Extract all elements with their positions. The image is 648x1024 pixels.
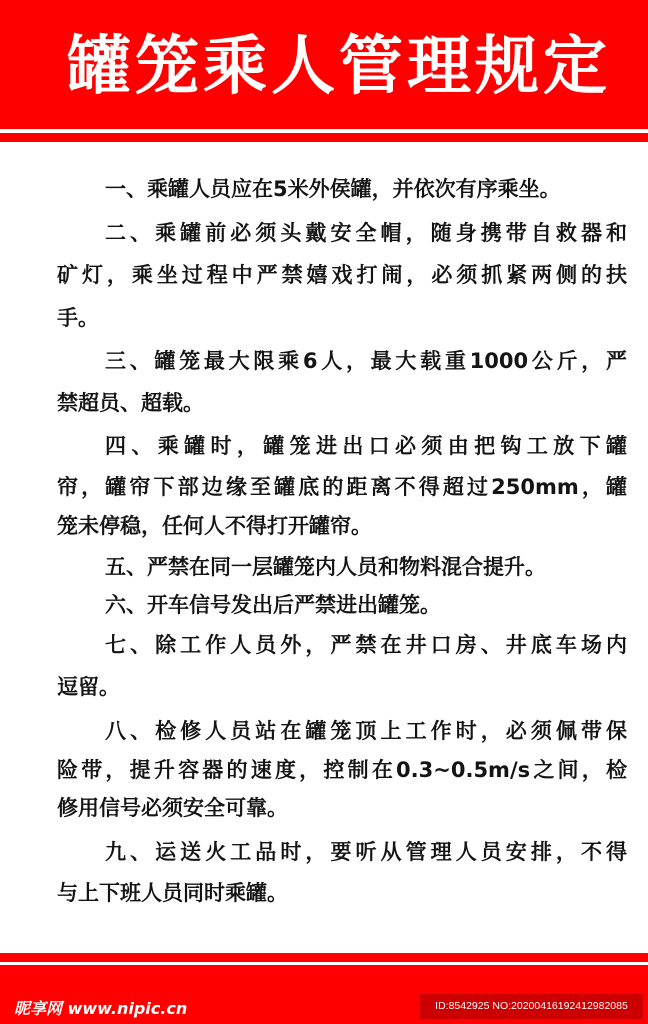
page-title: 罐笼乘人管理规定	[0, 22, 648, 112]
header-divider-stripe	[0, 133, 648, 142]
rule-line: 一、乘罐人员应在5米外侯罐，并依次有序乘坐。	[105, 174, 627, 204]
rule-line: 三、罐笼最大限乘6人，最大载重1000公斤，严	[105, 346, 627, 376]
rule-line: 八、检修人员站在罐笼顶上工作时，必须佩带保	[105, 716, 627, 746]
rule-line: 与上下班人员同时乘罐。	[57, 878, 627, 908]
rule-line: 七、除工作人员外，严禁在井口房、井底车场内	[105, 630, 627, 660]
rule-line: 逗留。	[57, 672, 627, 702]
header-banner: 罐笼乘人管理规定	[0, 0, 648, 129]
rule-line: 六、开车信号发出后严禁进出罐笼。	[105, 590, 627, 620]
rule-line: 帘，罐帘下部边缘至罐底的距离不得超过250mm，罐	[57, 472, 627, 502]
rule-line: 四、乘罐时，罐笼进出口必须由把钩工放下罐	[105, 431, 627, 461]
rule-line: 手。	[57, 303, 627, 333]
rule-line: 禁超员、超载。	[57, 388, 627, 418]
footer-divider-stripe	[0, 953, 648, 962]
watermark-logo: 昵享网 www.nipic.cn	[14, 996, 187, 1019]
rule-line: 二、乘罐前必须头戴安全帽，随身携带自救器和	[105, 218, 627, 248]
watermark-id: ID:8542925 NO:20200416192412982085	[420, 994, 643, 1019]
rule-line: 修用信号必须安全可靠。	[57, 793, 627, 823]
rule-line: 险带，提升容器的速度，控制在0.3~0.5m/s之间，检	[57, 755, 627, 785]
rule-line: 九、运送火工品时，要听从管理人员安排，不得	[105, 837, 627, 867]
rule-line: 五、严禁在同一层罐笼内人员和物料混合提升。	[105, 552, 627, 582]
rule-line: 矿灯，乘坐过程中严禁嬉戏打闹，必须抓紧两侧的扶	[57, 260, 627, 290]
rule-line: 笼未停稳，任何人不得打开罐帘。	[57, 511, 627, 541]
